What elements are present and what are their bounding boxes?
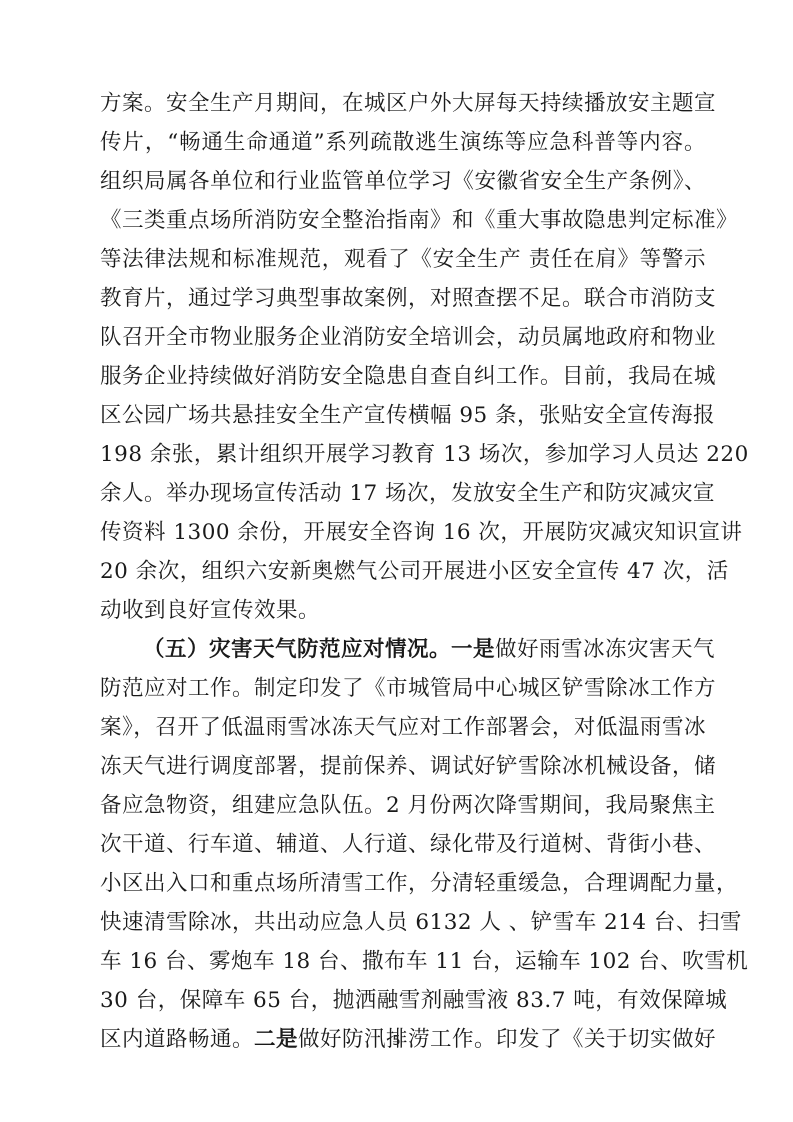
text-line: 198 余张，累计组织开展学习教育 13 场次，参加学习人员达 220 bbox=[100, 435, 706, 474]
text-line: 《三类重点场所消防安全整治指南》和《重大事故隐患判定标准》 bbox=[100, 201, 706, 240]
text-line: 传资料 1300 余份，开展安全咨询 16 次，开展防灾减灾知识宣讲 bbox=[100, 513, 706, 552]
text-line: 服务企业持续做好消防安全隐患自查自纠工作。目前，我局在城 bbox=[100, 357, 706, 396]
text-line: 余人。举办现场宣传活动 17 场次，发放安全生产和防灾减灾宣 bbox=[100, 474, 706, 513]
text-line: 车 16 台、雾炮车 18 台、撒布车 11 台，运输车 102 台、吹雪机 bbox=[100, 942, 706, 981]
text-line: 动收到良好宣传效果。 bbox=[100, 591, 706, 630]
text-line: 等法律法规和标准规范，观看了《安全生产 责任在肩》等警示 bbox=[100, 240, 706, 279]
text-line: 快速清雪除冰，共出动应急人员 6132 人 、铲雪车 214 台、扫雪 bbox=[100, 903, 706, 942]
text-line: 组织局属各单位和行业监管单位学习《安徽省安全生产条例》、 bbox=[100, 162, 706, 201]
text-line: 区公园广场共悬挂安全生产宣传横幅 95 条，张贴安全宣传海报 bbox=[100, 396, 706, 435]
text-line: 防范应对工作。制定印发了《市城管局中心城区铲雪除冰工作方 bbox=[100, 669, 706, 708]
text-line: 教育片，通过学习典型事故案例，对照查摆不足。联合市消防支 bbox=[100, 279, 706, 318]
text-line: 20 余次，组织六安新奥燃气公司开展进小区安全宣传 47 次，活 bbox=[100, 552, 706, 591]
text-line: 队召开全市物业服务企业消防安全培训会，动员属地政府和物业 bbox=[100, 318, 706, 357]
section-heading-line: （五）灾害天气防范应对情况。一是做好雨雪冰冻灾害天气 bbox=[100, 630, 706, 669]
text-run: 做好雨雪冰冻灾害天气 bbox=[495, 637, 715, 662]
point-marker: 一是 bbox=[451, 637, 495, 662]
text-line: 次干道、行车道、辅道、人行道、绿化带及行道树、背街小巷、 bbox=[100, 825, 706, 864]
text-line: 冻天气进行调度部署，提前保养、调试好铲雪除冰机械设备，储 bbox=[100, 747, 706, 786]
page-number: 5 bbox=[0, 1034, 793, 1049]
text-line: 备应急物资，组建应急队伍。2 月份两次降雪期间，我局聚焦主 bbox=[100, 786, 706, 825]
text-line: 小区出入口和重点场所清雪工作，分清轻重缓急，合理调配力量， bbox=[100, 864, 706, 903]
body-text: 方案。安全生产月期间，在城区户外大屏每天持续播放安主题宣 传片，“畅通生命通道”… bbox=[100, 84, 706, 1059]
text-line: 方案。安全生产月期间，在城区户外大屏每天持续播放安主题宣 bbox=[100, 84, 706, 123]
document-page: 方案。安全生产月期间，在城区户外大屏每天持续播放安主题宣 传片，“畅通生命通道”… bbox=[0, 0, 793, 1122]
text-line: 案》，召开了低温雨雪冰冻天气应对工作部署会，对低温雨雪冰 bbox=[100, 708, 706, 747]
text-line: 30 台，保障车 65 台，抛洒融雪剂融雪液 83.7 吨，有效保障城 bbox=[100, 981, 706, 1020]
section-heading: （五）灾害天气防范应对情况。 bbox=[143, 637, 451, 662]
text-line: 传片，“畅通生命通道”系列疏散逃生演练等应急科普等内容。 bbox=[100, 123, 706, 162]
